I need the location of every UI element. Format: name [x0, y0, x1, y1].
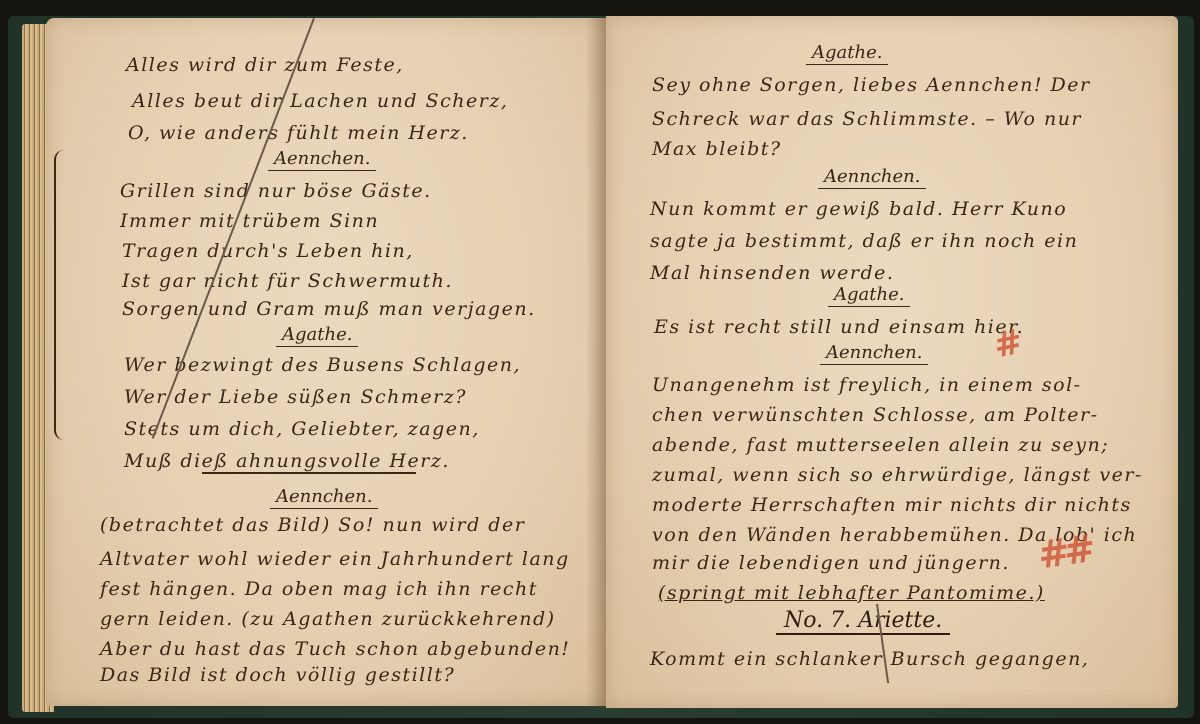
speaker-heading: Aennchen. [268, 148, 376, 171]
speaker-heading: Aennchen. [270, 486, 378, 509]
text-line: Alles wird dir zum Feste, [126, 54, 404, 76]
text-line: Max bleibt? [652, 138, 782, 160]
text-line: Unangenehm ist freylich, in einem sol- [652, 374, 1082, 396]
text-line: Stets um dich, Geliebter, zagen, [124, 418, 480, 440]
speaker-heading: Aennchen. [818, 166, 926, 189]
right-page: Agathe. Sey ohne Sorgen, liebes Aennchen… [606, 16, 1178, 708]
text-line: Kommt ein schlanker Bursch gegangen, [650, 648, 1089, 670]
speaker-heading: Agathe. [276, 324, 358, 347]
speaker-heading: Agathe. [806, 42, 888, 65]
text-line: Alles beut dir Lachen und Scherz, [132, 90, 508, 112]
text-line: Aber du hast das Tuch schon abgebunden! [100, 638, 570, 660]
text-line: Altvater wohl wieder ein Jahrhundert lan… [100, 548, 570, 570]
text-line: zumal, wenn sich so ehrwürdige, längst v… [652, 464, 1143, 486]
text-line: mir die lebendigen und jüngern. [652, 552, 1010, 574]
section-rule [202, 472, 416, 474]
text-line: Tragen durch's Leben hin, [122, 240, 414, 262]
text-line: Schreck war das Schlimmste. – Wo nur [652, 108, 1082, 130]
text-line: sagte ja bestimmt, daß er ihn noch ein [650, 230, 1078, 252]
verse-brace [54, 150, 66, 440]
text-line: Muß dieß ahnungsvolle Herz. [124, 450, 450, 472]
text-line: (betrachtet das Bild) So! nun wird der [100, 514, 525, 536]
stage-direction: (springt mit lebhafter Pantomime.) [658, 582, 1045, 604]
text-line: Sorgen und Gram muß man verjagen. [122, 298, 536, 320]
text-line: Das Bild ist doch völlig gestillt? [100, 664, 455, 686]
text-line: Sey ohne Sorgen, liebes Aennchen! Der [652, 74, 1091, 96]
speaker-heading: Aennchen. [820, 342, 928, 365]
text-line: Ist gar nicht für Schwermuth. [122, 270, 453, 292]
speaker-heading: Agathe. [828, 284, 910, 307]
text-line: Immer mit trübem Sinn [120, 210, 379, 232]
number-title: No. 7. Ariette. [776, 608, 950, 635]
text-line: chen verwünschten Schlosse, am Polter- [652, 404, 1099, 426]
text-line: Grillen sind nur böse Gäste. [120, 180, 432, 202]
text-line: gern leiden. (zu Agathen zurückkehrend) [100, 608, 556, 630]
text-line: Nun kommt er gewiß bald. Herr Kuno [650, 198, 1067, 220]
text-line: Wer der Liebe süßen Schmerz? [124, 386, 467, 408]
text-line: Es ist recht still und einsam hier. [654, 316, 1024, 338]
text-line: moderte Herrschaften mir nichts dir nich… [652, 494, 1132, 516]
text-line: abende, fast mutterseelen allein zu seyn… [652, 434, 1109, 456]
text-line: fest hängen. Da oben mag ich ihn recht [100, 578, 538, 600]
text-line: O, wie anders fühlt mein Herz. [128, 122, 469, 144]
text-line: Mal hinsenden werde. [650, 262, 894, 284]
left-page: Alles wird dir zum Feste, Alles beut dir… [46, 18, 606, 706]
red-pencil-mark: ## [1035, 527, 1092, 578]
